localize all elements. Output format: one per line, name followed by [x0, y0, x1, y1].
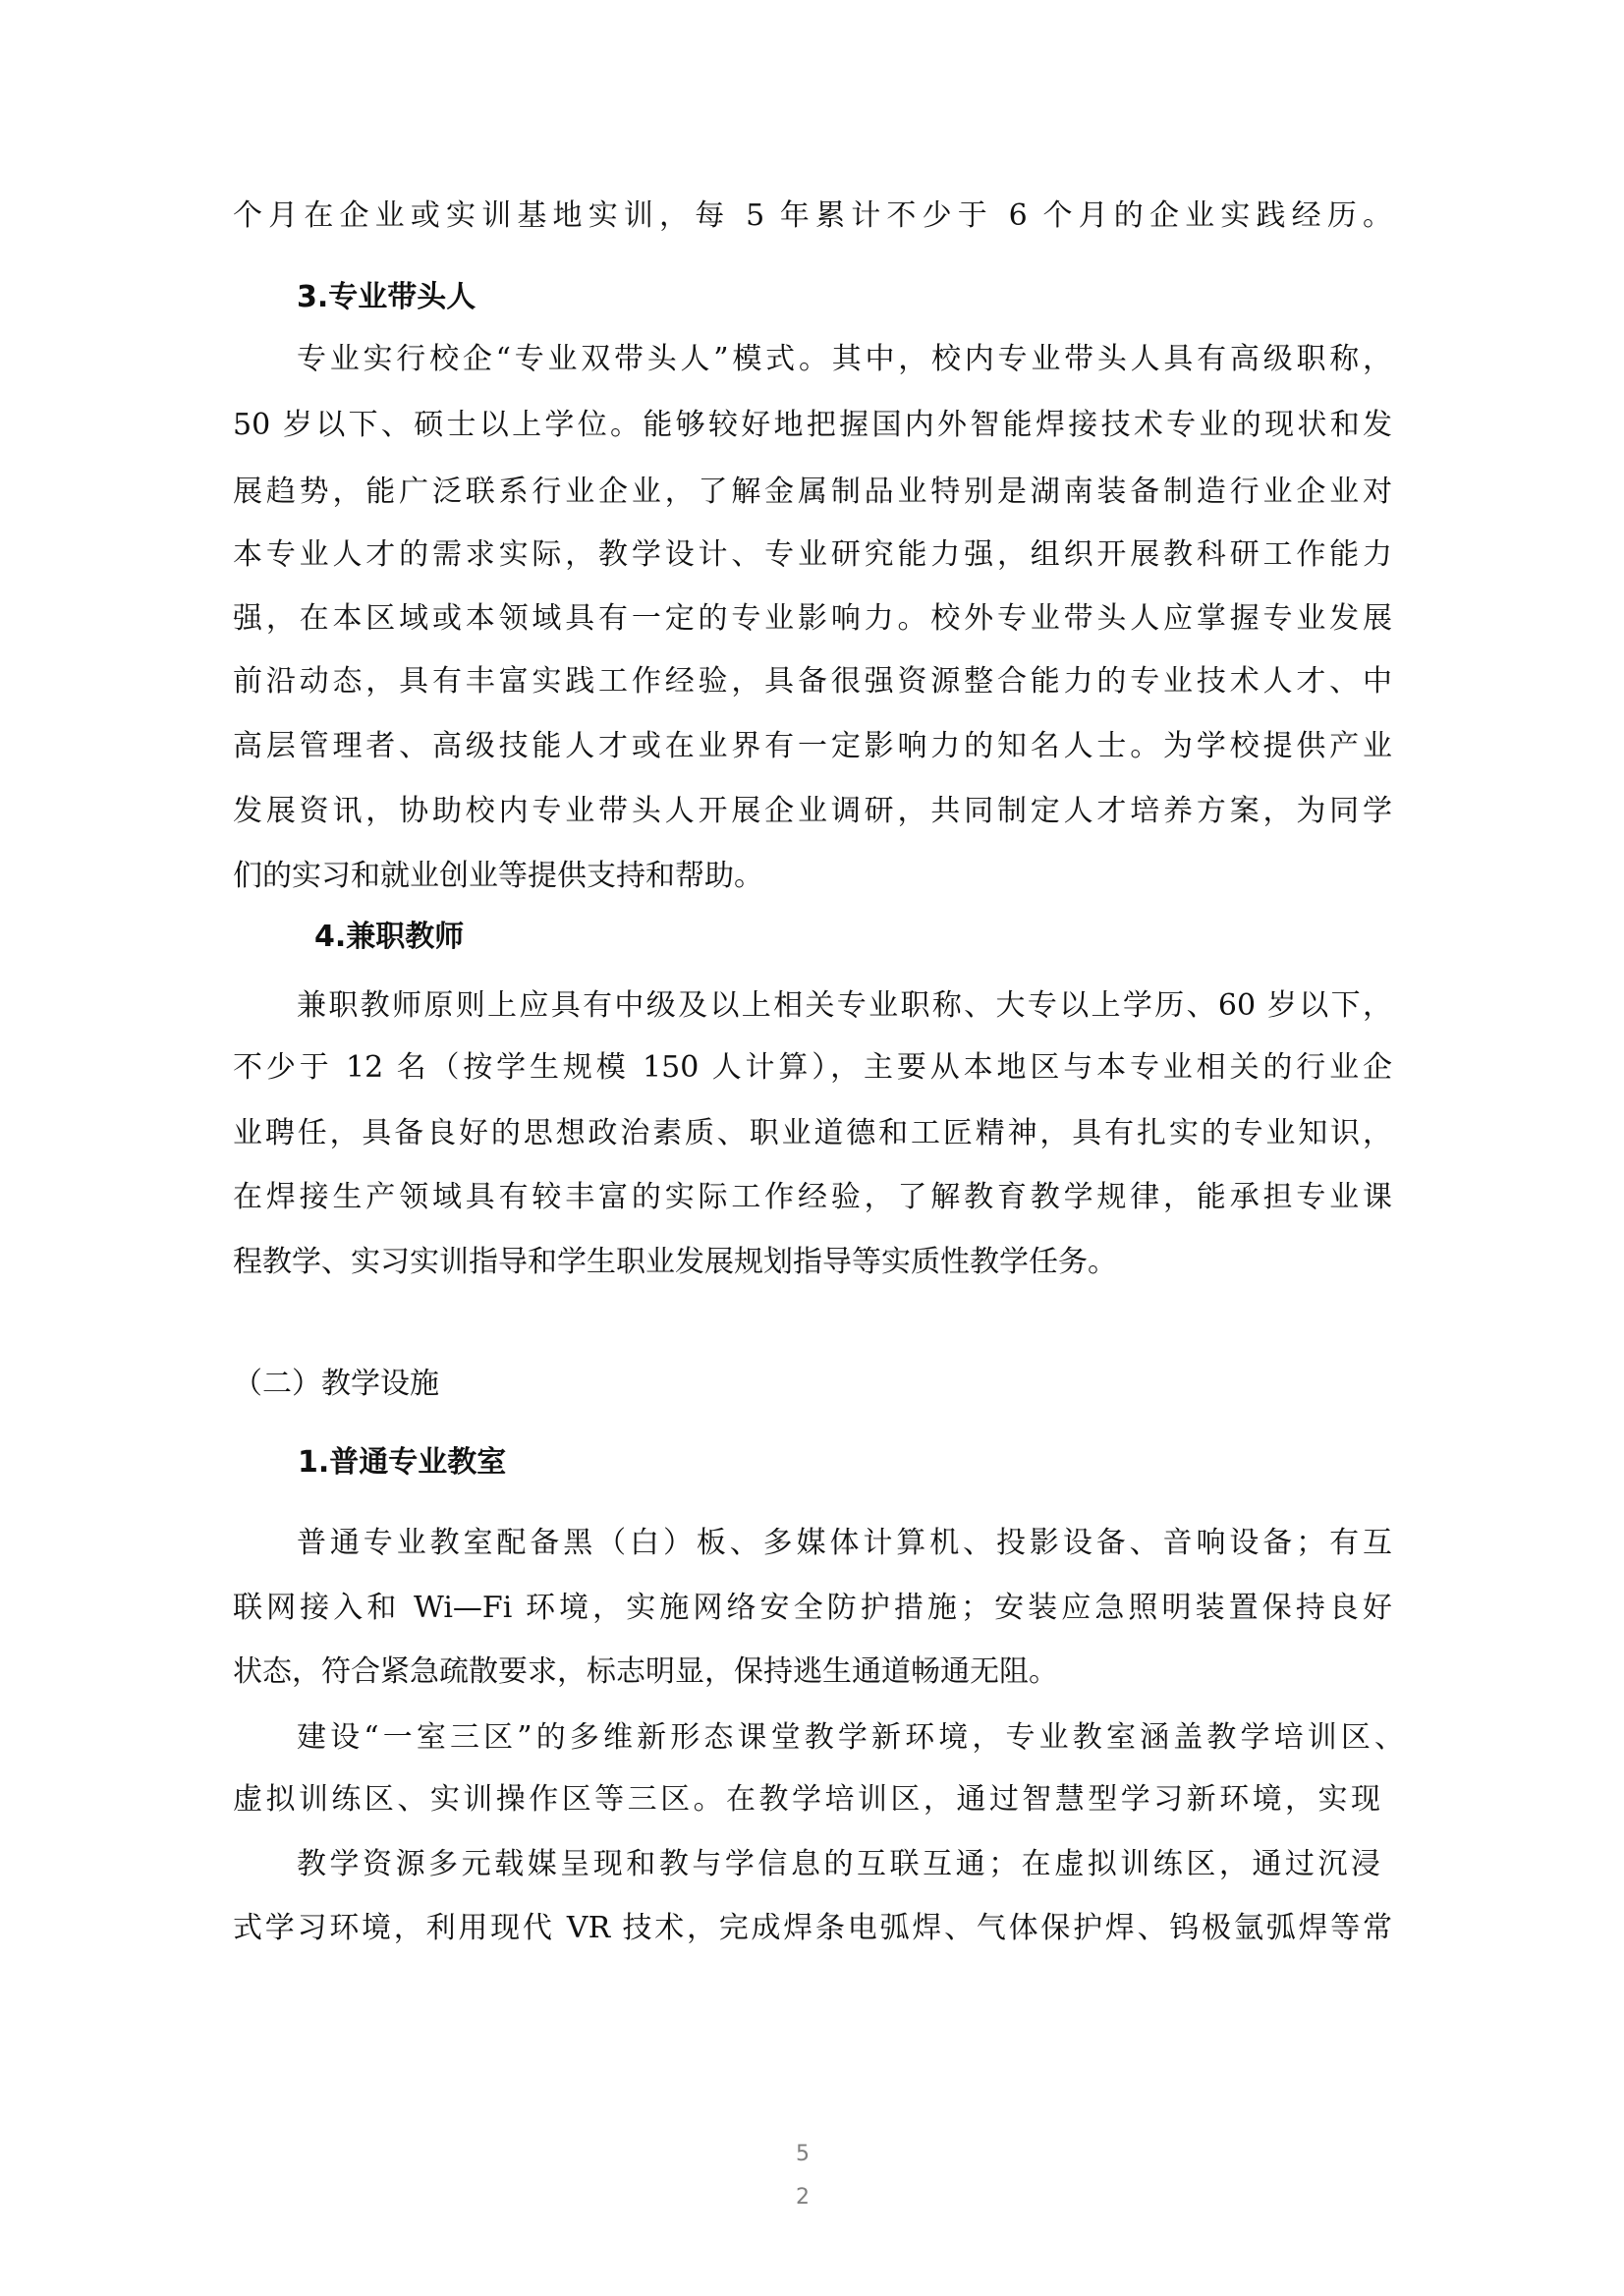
paragraph-line: 强，在本区域或本领域具有一定的专业影响力。校外专业带头人应掌握专业发展 — [233, 599, 1392, 639]
paragraph-line: 个月在企业或实训基地实训，每 5 年累计不少于 6 个月的企业实践经历。 — [233, 196, 1392, 236]
paragraph-line: 业聘任，具备良好的思想政治素质、职业道德和工匠精神，具有扎实的专业知识， — [233, 1114, 1392, 1153]
paragraph-line: 展趋势，能广泛联系行业企业，了解金属制品业特别是湖南装备制造行业企业对 — [233, 473, 1392, 512]
paragraph-line: 联网接入和 Wi—Fi 环境，实施网络安全防护措施；安装应急照明装置保持良好 — [233, 1589, 1392, 1628]
subsection-heading-1: 1.普通专业教室 — [298, 1443, 506, 1483]
paragraph-line: 们的实习和就业创业等提供支持和帮助。 — [233, 857, 763, 896]
paragraph-line: 建设“一室三区”的多维新形态课堂教学新环境，专业教室涵盖教学培训区、 — [297, 1718, 1404, 1758]
paragraph-line: 专业实行校企“专业双带头人”模式。其中，校内专业带头人具有高级职称， — [297, 340, 1392, 379]
section-heading-4: 4.兼职教师 — [314, 918, 464, 957]
paragraph-line: 普通专业教室配备黑（白）板、多媒体计算机、投影设备、音响设备；有互 — [297, 1524, 1392, 1563]
section-heading-b: （二）教学设施 — [233, 1365, 439, 1404]
paragraph-line: 在焊接生产领域具有较丰富的实际工作经验，了解教育教学规律，能承担专业课 — [233, 1178, 1392, 1217]
paragraph-line: 教学资源多元载媒呈现和教与学信息的互联互通；在虚拟训练区，通过沉浸 — [297, 1845, 1380, 1884]
paragraph-line: 虚拟训练区、实训操作区等三区。在教学培训区，通过智慧型学习新环境，实现 — [233, 1780, 1380, 1820]
paragraph-line: 发展资讯，协助校内专业带头人开展企业调研，共同制定人才培养方案，为同学 — [233, 792, 1392, 831]
paragraph-line: 程教学、实习实训指导和学生职业发展规划指导等实质性教学任务。 — [233, 1243, 1117, 1282]
paragraph-line: 不少于 12 名（按学生规模 150 人计算），主要从本地区与本专业相关的行业企 — [233, 1048, 1392, 1088]
section-heading-3: 3.专业带头人 — [297, 278, 476, 317]
paragraph-line: 状态，符合紧急疏散要求，标志明显，保持逃生通道畅通无阻。 — [233, 1652, 1058, 1692]
paragraph-line: 兼职教师原则上应具有中级及以上相关专业职称、大专以上学历、60 岁以下， — [297, 986, 1392, 1026]
paragraph-line: 本专业人才的需求实际，教学设计、专业研究能力强，组织开展教科研工作能力 — [233, 535, 1392, 575]
paragraph-line: 50 岁以下、硕士以上学位。能够较好地把握国内外智能焊接技术专业的现状和发 — [233, 406, 1392, 445]
paragraph-line: 高层管理者、高级技能人才或在业界有一定影响力的知名人士。为学校提供产业 — [233, 727, 1392, 766]
paragraph-line: 式学习环境，利用现代 VR 技术，完成焊条电弧焊、气体保护焊、钨极氩弧焊等常 — [233, 1909, 1392, 1948]
page-number-line-1: 5 — [796, 2142, 810, 2166]
page-number-line-2: 2 — [796, 2185, 810, 2210]
paragraph-line: 前沿动态，具有丰富实践工作经验，具备很强资源整合能力的专业技术人才、中 — [233, 662, 1392, 701]
